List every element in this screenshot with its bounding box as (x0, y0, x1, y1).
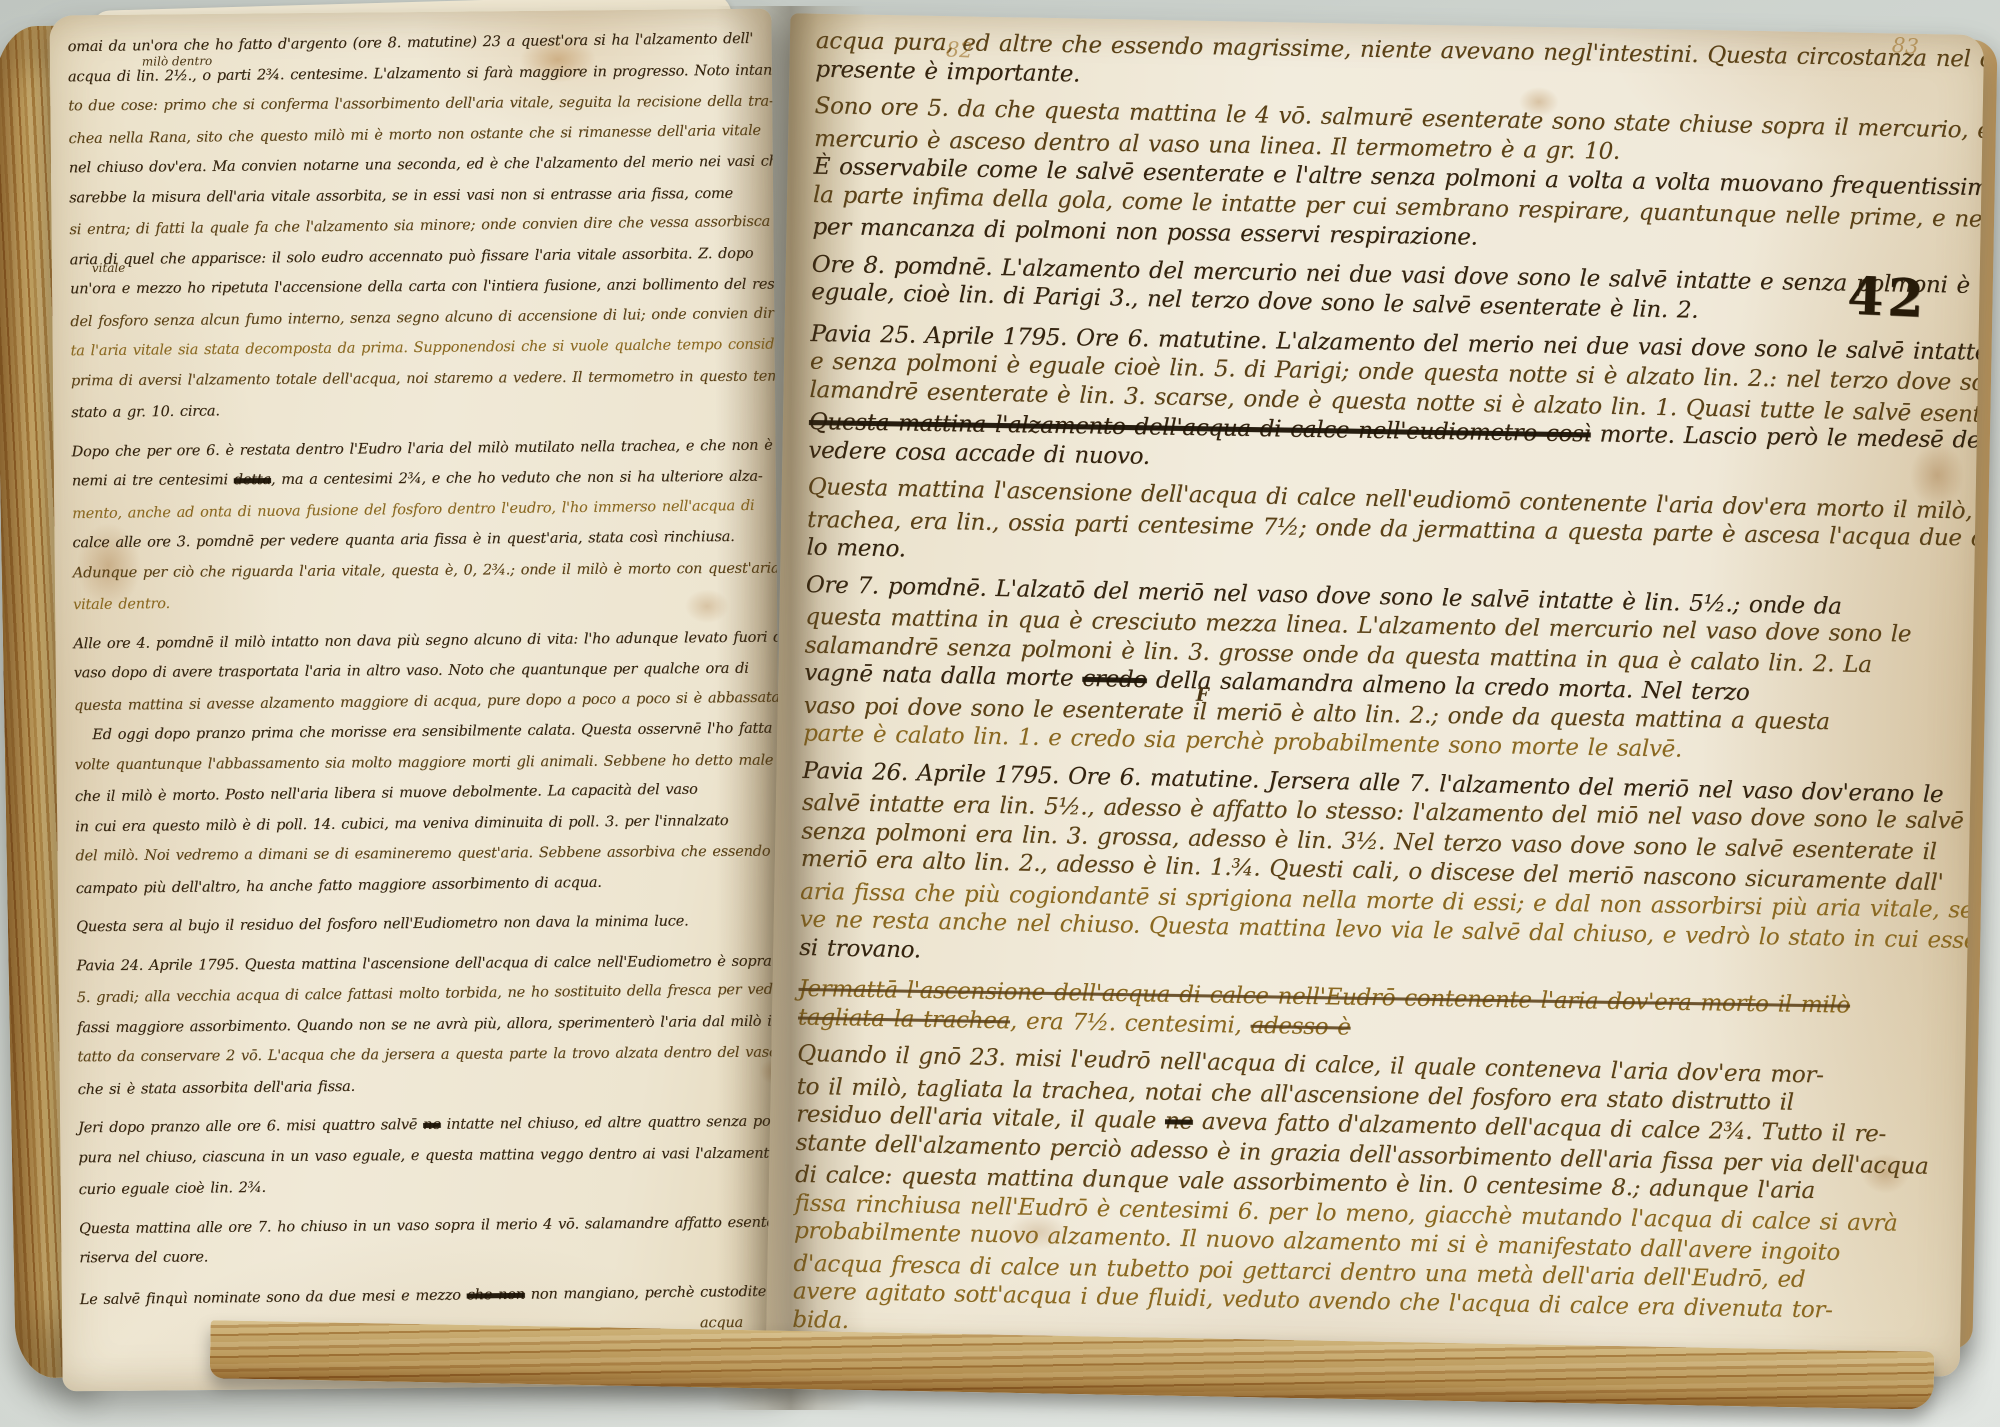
page-number-42: 42 (1846, 266, 1929, 330)
left-page-text: omai da un'ora che ho fatto d'argento (o… (68, 25, 777, 1345)
left-page: omai da un'ora che ho fatto d'argento (o… (49, 9, 784, 1392)
folio-number-left: 82 (945, 37, 973, 62)
manuscript-book: omai da un'ora che ho fatto d'argento (o… (0, 0, 2000, 1427)
interline-insertion: milò dentro (142, 54, 213, 69)
interline-insertion: F (1196, 685, 1209, 706)
photo-backdrop: omai da un'ora che ho fatto d'argento (o… (0, 0, 2000, 1427)
right-page: acqua pura, ed altre che essendo magriss… (766, 13, 1984, 1377)
folio-number-right: 83 (1891, 33, 1919, 59)
interline-insertion: vitale (92, 261, 126, 275)
right-page-text: acqua pura, ed altre che essendo magriss… (792, 26, 1966, 1358)
